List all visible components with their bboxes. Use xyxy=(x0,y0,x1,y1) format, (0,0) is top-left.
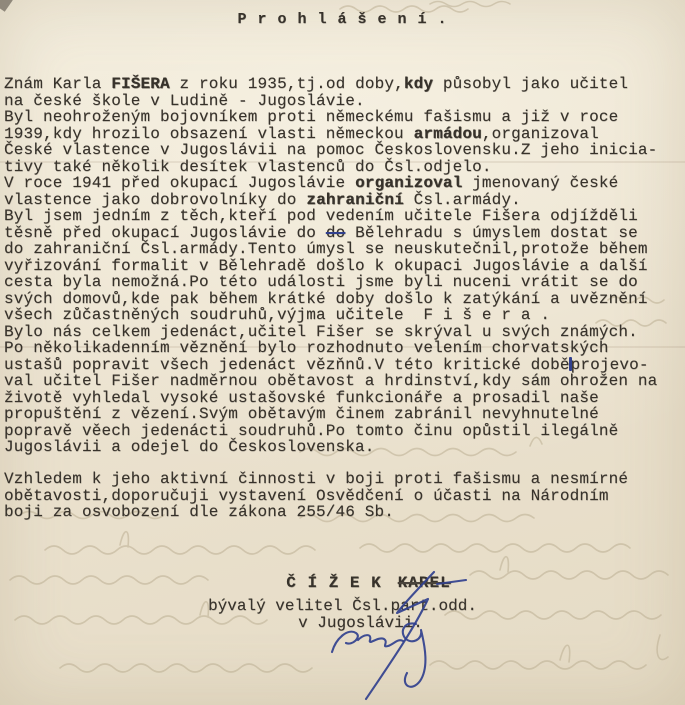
document-page: P r o h l á š e n í . Znám Karla FIŠERA … xyxy=(0,0,685,705)
handwritten-signature-ink xyxy=(0,0,685,705)
